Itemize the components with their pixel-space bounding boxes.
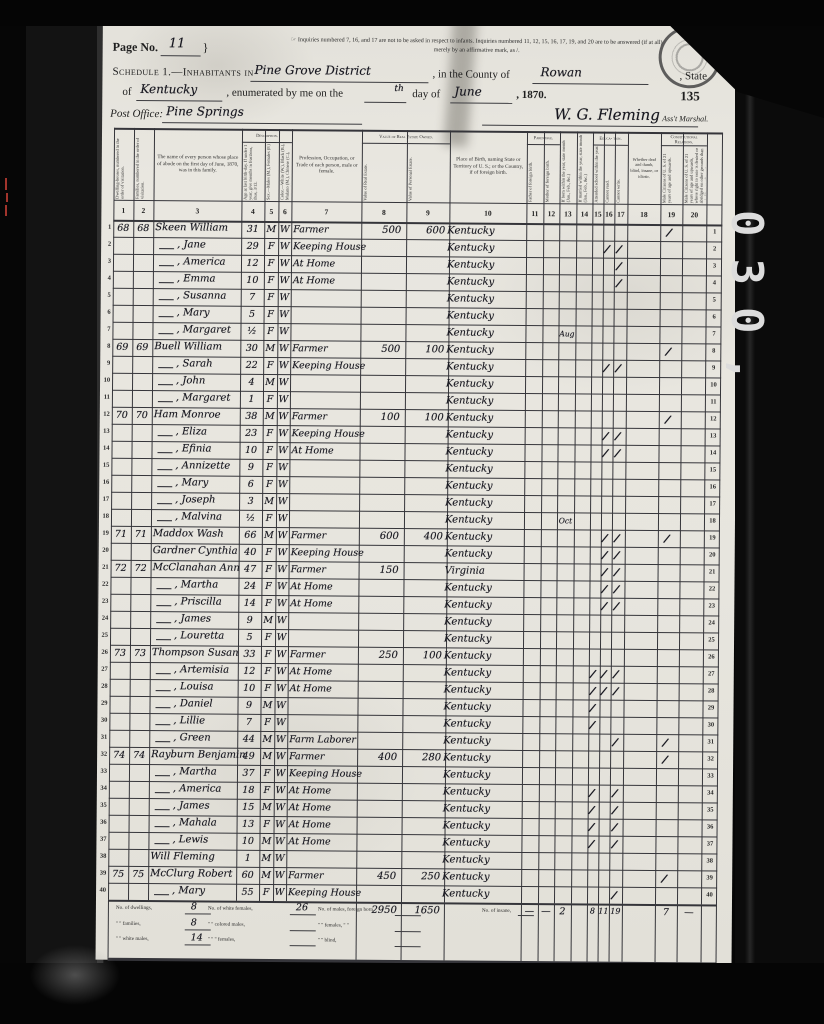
- column-number: 12: [543, 204, 559, 222]
- county-written: Rowan: [540, 65, 582, 79]
- row-number-right: 3: [708, 262, 721, 269]
- day-suffix-written: th: [394, 84, 404, 94]
- column-number: 9: [406, 203, 449, 221]
- person-name: McClanahan Ann: [153, 562, 240, 574]
- personal-estate-value: 100: [403, 650, 442, 661]
- occupation-value: Farmer: [290, 649, 325, 660]
- tally-tick: ∕: [601, 582, 608, 596]
- row-number-right: 28: [705, 687, 718, 694]
- column-total: 7: [654, 907, 678, 918]
- ditto-mark: [158, 384, 173, 386]
- person-name: McClurg Robert: [150, 868, 232, 880]
- birthplace-value: Kentucky: [446, 361, 493, 372]
- age-value: 7: [241, 292, 264, 303]
- page-no-blank-line: [161, 54, 201, 56]
- occupation-value: At Home: [289, 785, 331, 796]
- birthplace-value: Kentucky: [447, 276, 494, 287]
- column-group-header: Constitutional Relations.: [661, 133, 707, 146]
- row-number-left: 12: [100, 411, 110, 418]
- ditto-mark: [159, 299, 174, 301]
- row-number-left: 25: [98, 632, 108, 639]
- red-margin-mark: [2, 178, 10, 218]
- schedule-label: Schedule 1.—Inhabitants in: [112, 66, 253, 79]
- age-value: 14: [238, 598, 261, 609]
- column-number: 15: [592, 205, 603, 223]
- row-number-right: 13: [707, 432, 720, 439]
- tally-tick: ∕: [588, 820, 595, 834]
- occupation-value: At Home: [290, 666, 332, 677]
- occupation-value: At Home: [293, 275, 335, 286]
- birthplace-value: Kentucky: [444, 633, 491, 644]
- age-value: 5: [241, 309, 264, 320]
- row-number-right: 36: [704, 823, 717, 830]
- row-number-right: 2: [708, 245, 721, 252]
- tally-tick: ∕: [600, 599, 607, 613]
- color-value: W: [278, 241, 291, 252]
- column-number: 4: [241, 202, 264, 220]
- sex-value: F: [261, 649, 275, 660]
- birthplace-value: Kentucky: [447, 293, 494, 304]
- birthplace-value: Kentucky: [447, 259, 494, 270]
- sex-value: M: [262, 496, 276, 507]
- person-name: , Margaret: [176, 392, 231, 403]
- ditto-mark: [155, 724, 170, 726]
- age-value: 10: [236, 836, 259, 847]
- column-group-header: Educa- tion.: [593, 133, 628, 146]
- color-value: W: [273, 887, 286, 898]
- form-instructions: ☞ Inquiries numbered 7, 16, and 17 are n…: [229, 36, 725, 57]
- row-number-left: 37: [96, 836, 106, 843]
- sex-value: F: [260, 785, 274, 796]
- grid-line: [655, 132, 662, 904]
- sex-value: M: [263, 377, 277, 388]
- ditto-mark: [157, 503, 172, 505]
- tally-tick: ∕: [613, 531, 620, 545]
- tally-tick: ∕: [589, 684, 596, 698]
- sex-value: F: [264, 309, 278, 320]
- tally-tick: ∕: [589, 667, 596, 681]
- family-number: 70: [132, 410, 152, 421]
- person-name: , Jane: [177, 239, 206, 250]
- person-name: , Louretta: [174, 630, 224, 641]
- ditto-mark: [158, 435, 173, 437]
- row-number-left: 6: [101, 309, 111, 316]
- real-estate-value: 450: [356, 871, 396, 882]
- district-blank-line: [250, 80, 428, 83]
- footer-count-label: " " colored males,: [208, 922, 245, 928]
- row-number-right: 1: [708, 228, 721, 235]
- age-value: 6: [239, 479, 262, 490]
- column-header-12: Mother of foreign birth.: [544, 145, 558, 202]
- sex-value: F: [263, 326, 277, 337]
- row-number-left: 5: [101, 292, 111, 299]
- row-number-left: 21: [99, 564, 109, 571]
- personal-estate-value: 600: [406, 225, 445, 236]
- marshal-signature: W. G. Fleming: [554, 105, 660, 124]
- color-value: W: [275, 649, 288, 660]
- row-number-right: 35: [704, 806, 717, 813]
- ditto-mark: [156, 690, 171, 692]
- row-number-left: 28: [98, 683, 108, 690]
- row-number-left: 13: [100, 428, 110, 435]
- tally-tick: ∕: [615, 276, 622, 290]
- tally-tick: ∕: [614, 446, 621, 460]
- age-value: 30: [240, 343, 263, 354]
- post-office-label: Post Office:: [110, 108, 163, 120]
- sex-value: M: [261, 615, 275, 626]
- birthplace-value: Kentucky: [444, 650, 491, 661]
- person-name: , Martha: [173, 766, 217, 777]
- scan-bottom-edge: [0, 963, 824, 1024]
- color-value: W: [274, 785, 287, 796]
- sex-value: F: [262, 479, 276, 490]
- column-header-2: Families, numbered in the order of visit…: [135, 129, 154, 199]
- ditto-mark: [156, 605, 171, 607]
- dwelling-number: 70: [112, 410, 132, 421]
- color-value: W: [275, 632, 288, 643]
- column-header-8: Value of Real Estate.: [362, 144, 405, 201]
- day-of-label: day of: [412, 88, 440, 100]
- person-name: Skeen William: [155, 222, 228, 234]
- person-name: , Louisa: [174, 681, 214, 692]
- birthplace-value: Kentucky: [444, 599, 491, 610]
- occupation-value: At Home: [289, 802, 331, 813]
- birthplace-value: Kentucky: [446, 378, 493, 389]
- row-number-right: 34: [704, 789, 717, 796]
- ditto-mark: [157, 486, 172, 488]
- birthplace-value: Kentucky: [443, 718, 490, 729]
- scan-top-edge: [0, 0, 824, 26]
- row-number-left: 23: [98, 598, 108, 605]
- color-value: W: [275, 683, 288, 694]
- column-number: 7: [291, 202, 361, 221]
- row-number-right: 18: [706, 517, 719, 524]
- scan-smudge: [30, 945, 120, 1005]
- age-value: 1: [236, 853, 259, 864]
- age-value: 24: [238, 581, 261, 592]
- tally-tick: ∕: [663, 532, 670, 546]
- day-blank-line: [364, 101, 406, 103]
- row-number-left: 24: [98, 615, 108, 622]
- person-name: , Artemisia: [174, 664, 229, 675]
- column-number: 18: [627, 205, 660, 223]
- age-value: 31: [241, 224, 264, 235]
- district-written: Pine Grove District: [254, 63, 370, 78]
- occupation-value: Farmer: [288, 870, 323, 881]
- person-name: Maddox Wash: [153, 528, 224, 540]
- ditto-mark: [155, 809, 170, 811]
- color-value: W: [276, 479, 289, 490]
- ditto-mark: [155, 775, 170, 777]
- row-number-left: 30: [97, 717, 107, 724]
- occupation-value: At Home: [290, 683, 332, 694]
- birthplace-value: Kentucky: [442, 888, 489, 899]
- person-name: , America: [173, 783, 222, 794]
- occupation-value: At Home: [290, 581, 332, 592]
- row-number-right: 20: [706, 551, 719, 558]
- row-number-left: 18: [99, 513, 109, 520]
- real-estate-value: 500: [360, 344, 400, 355]
- row-number-right: 25: [705, 636, 718, 643]
- age-value: 47: [239, 564, 262, 575]
- row-number-right: 22: [705, 585, 718, 592]
- personal-estate-value: 250: [401, 871, 440, 882]
- real-estate-value: 150: [359, 565, 399, 576]
- ditto-mark: [156, 639, 171, 641]
- occupation-value: Keeping House: [291, 547, 364, 559]
- footer-insane-label: No. of insane,: [482, 908, 511, 914]
- row-number-right: 12: [707, 415, 720, 422]
- person-name: , Priscilla: [174, 596, 221, 607]
- color-value: W: [274, 768, 287, 779]
- column-header-9: Value of Personal Estate.: [407, 144, 448, 201]
- tally-tick: ∕: [662, 753, 669, 767]
- person-name: , Malvina: [175, 511, 222, 522]
- birthplace-value: Kentucky: [443, 803, 490, 814]
- row-number-left: 27: [98, 666, 108, 673]
- age-value: ½: [240, 326, 263, 337]
- sex-value: M: [259, 870, 273, 881]
- color-value: W: [274, 802, 287, 813]
- tally-tick: ∕: [589, 718, 596, 732]
- color-value: W: [275, 598, 288, 609]
- occupation-value: Keeping House: [292, 428, 365, 440]
- row-number-left: 35: [97, 802, 107, 809]
- row-number-right: 39: [703, 874, 716, 881]
- row-number-right: 7: [707, 330, 720, 337]
- column-header-11: Father of foreign birth.: [527, 145, 542, 202]
- footer-count-value: 26: [296, 902, 308, 913]
- row-number-left: 17: [99, 496, 109, 503]
- person-name: , James: [174, 613, 211, 624]
- column-total: 2: [553, 906, 572, 917]
- scanned-census-page: Page No. 11 } ☞ Inquiries numbered 7, 16…: [0, 0, 824, 1024]
- birthplace-value: Kentucky: [443, 752, 490, 763]
- row-number-left: 31: [97, 734, 107, 741]
- footer-count-label: " " white males,: [116, 936, 149, 942]
- row-number-right: 9: [707, 364, 720, 371]
- grid-line: [148, 128, 155, 900]
- sex-value: F: [262, 462, 276, 473]
- row-number-left: 8: [100, 343, 110, 350]
- age-value: 12: [241, 258, 264, 269]
- age-value: 44: [237, 734, 260, 745]
- tally-tick: ∕: [611, 803, 618, 817]
- color-value: W: [276, 547, 289, 558]
- sex-value: F: [264, 241, 278, 252]
- person-name: , Efinia: [175, 443, 211, 454]
- footer-blank-line: [290, 929, 316, 931]
- sex-value: F: [264, 275, 278, 286]
- occupation-value: At Home: [289, 819, 331, 830]
- person-name: , Sarah: [176, 358, 212, 369]
- column-header-7: Profession, Occupation, or Trade of each…: [293, 130, 360, 201]
- color-value: W: [277, 394, 290, 405]
- real-estate-value: 100: [360, 412, 400, 423]
- row-number-right: 23: [705, 602, 718, 609]
- tally-tick: ∕: [611, 837, 618, 851]
- tally-tick: ∕: [615, 242, 622, 256]
- grid-line: [538, 131, 545, 903]
- family-number: 72: [131, 563, 151, 574]
- column-number: 19: [660, 205, 682, 223]
- age-value: 22: [240, 360, 263, 371]
- age-value: 33: [238, 649, 261, 660]
- birthplace-value: Kentucky: [443, 701, 490, 712]
- age-value: 10: [238, 683, 261, 694]
- real-estate-total: 2950: [356, 905, 397, 916]
- sex-value: F: [262, 547, 276, 558]
- person-name: , Emma: [177, 273, 216, 284]
- occupation-value: Farmer: [292, 343, 327, 354]
- color-value: W: [277, 428, 290, 439]
- birthplace-value: Kentucky: [446, 327, 493, 338]
- tally-tick: ∕: [612, 684, 619, 698]
- tally-tick: ∕: [589, 701, 596, 715]
- personal-estate-value: 100: [405, 344, 444, 355]
- sex-value: F: [263, 360, 277, 371]
- column-header-4: Age at last birth-day. If under 1 year, …: [242, 143, 263, 200]
- ditto-mark: [156, 673, 171, 675]
- birthplace-value: Kentucky: [447, 225, 494, 236]
- ditto-mark: [156, 588, 171, 590]
- tally-tick: ∕: [602, 429, 609, 443]
- birthplace-value: Kentucky: [446, 412, 493, 423]
- sex-value: F: [262, 445, 276, 456]
- ditto-mark: [155, 741, 170, 743]
- dwelling-number: 73: [110, 648, 130, 659]
- grid-line: [716, 905, 717, 963]
- birthplace-value: Kentucky: [443, 820, 490, 831]
- occupation-value: Farmer: [293, 224, 328, 235]
- tally-tick: ∕: [614, 361, 621, 375]
- birthplace-value: Kentucky: [442, 871, 489, 882]
- birthplace-value: Kentucky: [445, 463, 492, 474]
- age-value: 66: [239, 530, 262, 541]
- birthplace-value: Kentucky: [445, 531, 492, 542]
- ditto-mark: [159, 282, 174, 284]
- real-estate-value: 400: [357, 752, 397, 763]
- color-value: W: [273, 836, 286, 847]
- age-value: 9: [237, 700, 260, 711]
- family-number: 73: [130, 648, 150, 659]
- grid-line: [598, 132, 605, 904]
- tally-tick: ∕: [601, 565, 608, 579]
- person-name: , Mary: [177, 307, 210, 318]
- age-value: 9: [238, 615, 261, 626]
- column-header-20: Male Citizens of U. S. of 21 years of ag…: [683, 146, 705, 203]
- row-number-right: 19: [706, 534, 719, 541]
- ditto-mark: [159, 248, 174, 250]
- person-name: Gardner Cynthia: [153, 545, 238, 557]
- birthplace-value: Kentucky: [445, 446, 492, 457]
- person-name: , Green: [173, 732, 210, 743]
- sex-value: M: [259, 836, 273, 847]
- age-value: 1: [240, 394, 263, 405]
- family-number: 68: [133, 223, 153, 234]
- grid-line: [622, 132, 629, 904]
- color-value: W: [273, 853, 286, 864]
- of-label: of: [122, 86, 131, 98]
- row-number-left: 32: [97, 751, 107, 758]
- birthplace-value: Kentucky: [442, 837, 489, 848]
- footer-blank-line: [290, 944, 316, 946]
- age-value: 23: [240, 428, 263, 439]
- occupation-value: Farmer: [289, 751, 324, 762]
- sex-value: F: [261, 666, 275, 677]
- column-header-17: Cannot write.: [615, 146, 626, 203]
- age-value: 7: [237, 717, 260, 728]
- column-header-18: Whether deaf and dumb, blind, insane, or…: [629, 133, 659, 203]
- row-number-left: 1: [101, 224, 111, 231]
- ditto-mark: [156, 622, 171, 624]
- sex-value: M: [260, 734, 274, 745]
- tally-tick: ∕: [612, 667, 619, 681]
- row-number-right: 37: [703, 840, 716, 847]
- row-number-right: 32: [704, 755, 717, 762]
- age-value: 55: [236, 887, 259, 898]
- column-total: —: [676, 907, 702, 918]
- ditto-mark: [157, 520, 172, 522]
- person-name: Rayburn Benjamin: [151, 749, 246, 761]
- sex-value: F: [259, 887, 273, 898]
- row-number-left: 39: [96, 870, 106, 877]
- personal-estate-value: 280: [402, 752, 441, 763]
- column-number: 1: [113, 201, 133, 219]
- footer-count-value: 8: [191, 901, 197, 912]
- birthplace-value: Kentucky: [445, 548, 492, 559]
- color-value: W: [278, 292, 291, 303]
- occupation-value: At Home: [288, 836, 330, 847]
- occupation-value: Farmer: [292, 411, 327, 422]
- row-number-right: 14: [706, 449, 719, 456]
- birthplace-value: Kentucky: [446, 429, 493, 440]
- tally-tick: ∕: [613, 565, 620, 579]
- tally-tick: ∕: [613, 582, 620, 596]
- ditto-mark: [157, 469, 172, 471]
- occupation-value: At Home: [293, 258, 335, 269]
- sex-value: F: [260, 717, 274, 728]
- sex-value: M: [260, 802, 274, 813]
- row-number-left: 15: [99, 462, 109, 469]
- row-number-left: 9: [100, 360, 110, 367]
- tally-tick: ∕: [661, 872, 668, 886]
- occupation-value: Farm Laborer: [289, 734, 356, 746]
- tally-tick: ∕: [602, 446, 609, 460]
- tally-tick: ∕: [666, 226, 673, 240]
- birth-month-value: Aug: [556, 329, 577, 338]
- color-value: W: [278, 275, 291, 286]
- grid-line: [128, 128, 135, 900]
- family-number: 71: [131, 529, 151, 540]
- person-name: , Lewis: [172, 834, 208, 845]
- row-number-left: 16: [99, 479, 109, 486]
- row-number-right: 30: [704, 721, 717, 728]
- birthplace-value: Kentucky: [444, 582, 491, 593]
- row-number-left: 22: [98, 581, 108, 588]
- tally-tick: ∕: [613, 548, 620, 562]
- sex-value: F: [264, 292, 278, 303]
- birthplace-value: Kentucky: [442, 854, 489, 865]
- row-number-right: 40: [703, 891, 716, 898]
- column-header-13: If born within the year, state month (Ja…: [560, 132, 576, 202]
- tally-tick: ∕: [612, 599, 619, 613]
- column-number: 10: [449, 203, 526, 222]
- birth-month-value: Oct: [555, 516, 576, 525]
- ditto-mark: [159, 316, 174, 318]
- census-form-paper: Page No. 11 } ☞ Inquiries numbered 7, 16…: [96, 8, 739, 965]
- row-number-right: 33: [704, 772, 717, 779]
